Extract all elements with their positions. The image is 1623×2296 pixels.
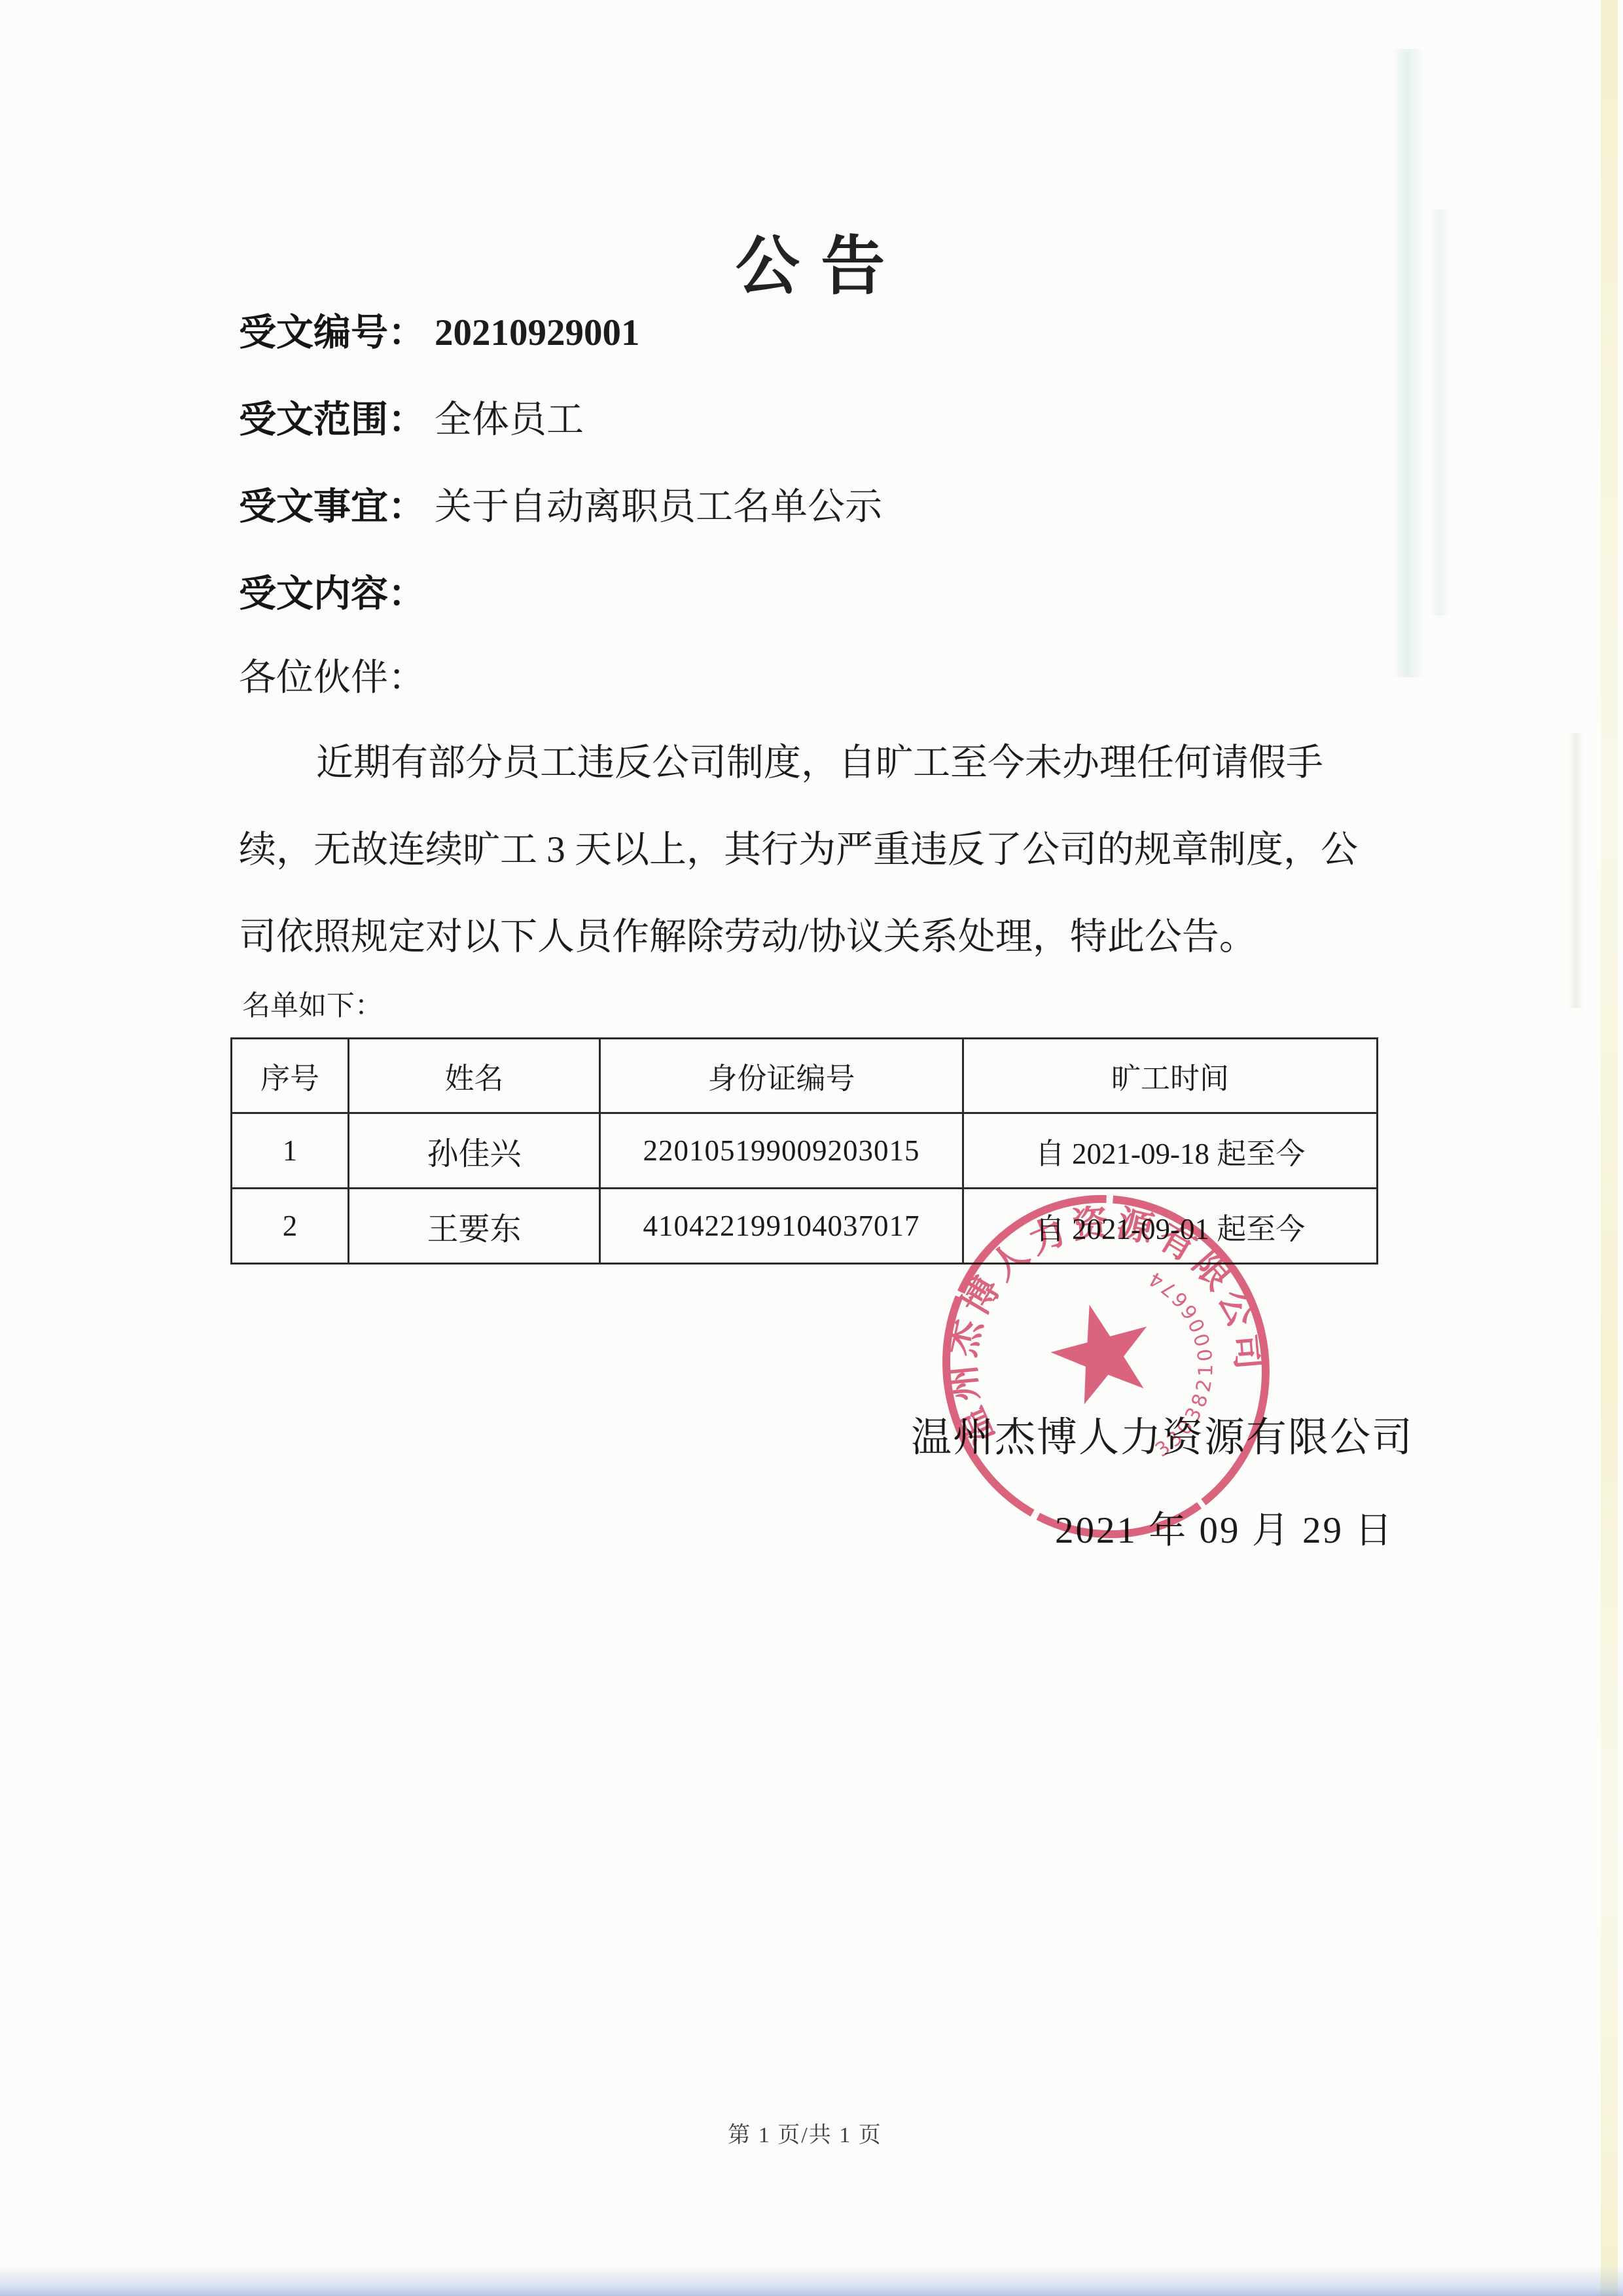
row2-name: 王要东	[349, 1189, 600, 1264]
meta-line-subject: 受文事宜：关于自动离职员工名单公示	[239, 487, 882, 528]
header-serial: 序号	[232, 1039, 349, 1113]
row1-serial: 1	[232, 1113, 349, 1189]
scanned-notice-page: { "document": { "title": "公 告", "meta": …	[0, 0, 1623, 2296]
row1-id-number: 220105199009203015	[600, 1113, 963, 1189]
notice-title: 公 告	[0, 215, 1623, 307]
signature-company: 温州杰博人力资源有限公司	[911, 1405, 1414, 1463]
subject-label: 受文事宜：	[239, 486, 425, 528]
row2-serial: 2	[232, 1189, 349, 1264]
dismissal-roster-table: 序号 姓名 身份证编号 旷工时间 1 孙佳兴 22010519900920301…	[230, 1037, 1378, 1265]
page-number-footer: 第 1 页/共 1 页	[0, 2117, 1610, 2149]
scan-edge-artifact	[1601, 0, 1618, 2296]
doc-number-label: 受文编号：	[239, 312, 425, 353]
paragraph-line-2: 续，无故连续旷工 3 天以上，其行为严重违反了公司的规章制度，公	[239, 829, 1378, 872]
row2-absence-time: 自 2021-09-01 起至今	[963, 1189, 1378, 1264]
scope-value: 全体员工	[435, 399, 584, 440]
subject-value: 关于自动离职员工名单公示	[435, 486, 882, 528]
table-row: 1 孙佳兴 220105199009203015 自 2021-09-18 起至…	[232, 1113, 1378, 1189]
meta-line-content: 受文内容：	[239, 574, 435, 615]
doc-number-value: 20210929001	[435, 312, 640, 353]
row1-name: 孙佳兴	[349, 1113, 600, 1189]
header-absence-time: 旷工时间	[963, 1039, 1378, 1113]
content-label: 受文内容：	[239, 573, 425, 615]
scan-bottom-edge-artifact	[0, 2266, 1623, 2296]
signature-date: 2021 年 09 月 29 日	[1055, 1500, 1394, 1554]
meta-line-doc-number: 受文编号：20210929001	[239, 313, 640, 353]
header-name: 姓名	[349, 1039, 600, 1113]
paragraph-line-3: 司依照规定对以下人员作解除劳动/协议关系处理，特此公告。	[239, 916, 1378, 959]
list-intro: 名单如下：	[242, 991, 383, 1022]
paragraph-line-1: 近期有部分员工违反公司制度，自旷工至今未办理任何请假手	[239, 742, 1455, 785]
salutation: 各位伙伴：	[239, 658, 425, 698]
meta-line-scope: 受文范围：全体员工	[239, 400, 584, 440]
seal-star-icon	[1041, 1292, 1162, 1409]
header-id-number: 身份证编号	[600, 1039, 963, 1113]
scan-streak-artifact	[1567, 733, 1584, 1008]
table-row: 2 王要东 410422199104037017 自 2021-09-01 起至…	[232, 1189, 1378, 1264]
row2-id-number: 410422199104037017	[600, 1189, 963, 1264]
row1-absence-time: 自 2021-09-18 起至今	[963, 1113, 1378, 1189]
table-header-row: 序号 姓名 身份证编号 旷工时间	[232, 1039, 1378, 1113]
scan-streak-artifact	[1393, 49, 1424, 677]
scope-label: 受文范围：	[239, 399, 425, 440]
